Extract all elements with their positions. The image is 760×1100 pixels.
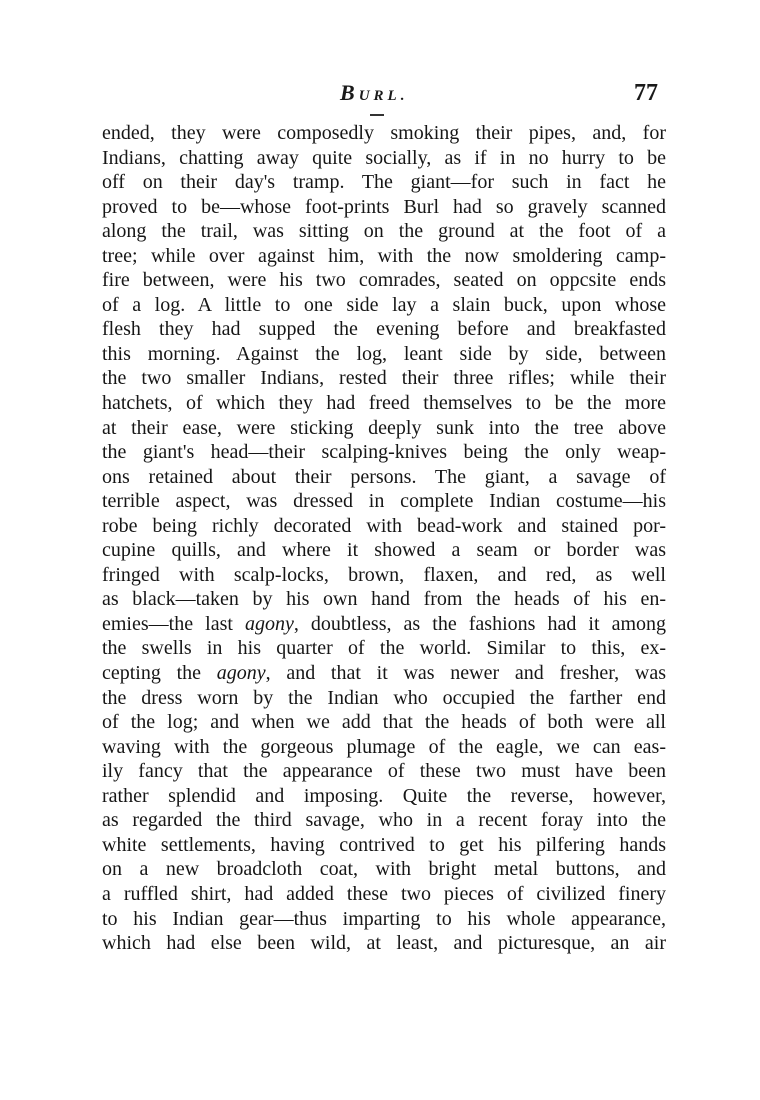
text-segment: cepting the	[102, 662, 217, 684]
header-rule	[370, 114, 384, 116]
text-line: along the trail, was sitting on the grou…	[102, 219, 666, 244]
running-title-rest: URL.	[359, 88, 409, 104]
text-line: flesh they had supped the evening before…	[102, 317, 666, 342]
running-title-initial: B	[340, 80, 359, 105]
text-line: of the log; and when we add that the hea…	[102, 710, 666, 735]
text-line: of a log. A little to one side lay a sla…	[102, 293, 666, 318]
running-title: BURL.	[340, 80, 408, 106]
text-line: white settlements, having contrived to g…	[102, 833, 666, 858]
text-line: off on their day's tramp. The giant—for …	[102, 170, 666, 195]
text-line: at their ease, were sticking deeply sunk…	[102, 416, 666, 441]
text-line: which had else been wild, at least, and …	[102, 931, 666, 956]
page-number: 77	[634, 80, 658, 107]
text-line: the dress worn by the Indian who occupie…	[102, 686, 666, 711]
text-line: on a new broadcloth coat, with bright me…	[102, 857, 666, 882]
text-line: ily fancy that the appearance of these t…	[102, 759, 666, 784]
text-line: robe being richly decorated with bead-wo…	[102, 514, 666, 539]
text-line-italic-agony: emies—the last agony, doubtless, as the …	[102, 612, 666, 637]
text-line: the two smaller Indians, rested their th…	[102, 366, 666, 391]
body-text: ended, they were composedly smoking thei…	[102, 121, 666, 956]
text-line: rather splendid and imposing. Quite the …	[102, 784, 666, 809]
text-line: hatchets, of which they had freed themse…	[102, 391, 666, 416]
book-page: BURL. 77 ended, they were composedly smo…	[0, 0, 760, 1100]
text-segment: , doubtless, as the fashions had it amon…	[294, 613, 666, 635]
text-line: fire between, were his two comrades, sea…	[102, 268, 666, 293]
text-line-italic-agony: cepting the agony, and that it was newer…	[102, 661, 666, 686]
text-line: to his Indian gear—thus imparting to his…	[102, 907, 666, 932]
text-line: Indians, chatting away quite socially, a…	[102, 146, 666, 171]
italic-word: agony	[245, 613, 294, 635]
text-line: ended, they were composedly smoking thei…	[102, 121, 666, 146]
text-line: as regarded the third savage, who in a r…	[102, 808, 666, 833]
text-line: the giant's head—their scalping-knives b…	[102, 440, 666, 465]
text-line: tree; while over against him, with the n…	[102, 244, 666, 269]
text-line: cupine quills, and where it showed a sea…	[102, 538, 666, 563]
text-line: proved to be—whose foot-prints Burl had …	[102, 195, 666, 220]
text-line: waving with the gorgeous plumage of the …	[102, 735, 666, 760]
text-segment: emies—the last	[102, 613, 245, 635]
text-line: as black—taken by his own hand from the …	[102, 587, 666, 612]
text-line: this morning. Against the log, leant sid…	[102, 342, 666, 367]
text-segment: , and that it was newer and fresher, was	[266, 662, 666, 684]
italic-word: agony	[217, 662, 266, 684]
text-line: ons retained about their persons. The gi…	[102, 465, 666, 490]
text-line: a ruffled shirt, had added these two pie…	[102, 882, 666, 907]
text-line: terrible aspect, was dressed in complete…	[102, 489, 666, 514]
text-line: fringed with scalp-locks, brown, flaxen,…	[102, 563, 666, 588]
text-line: the swells in his quarter of the world. …	[102, 636, 666, 661]
